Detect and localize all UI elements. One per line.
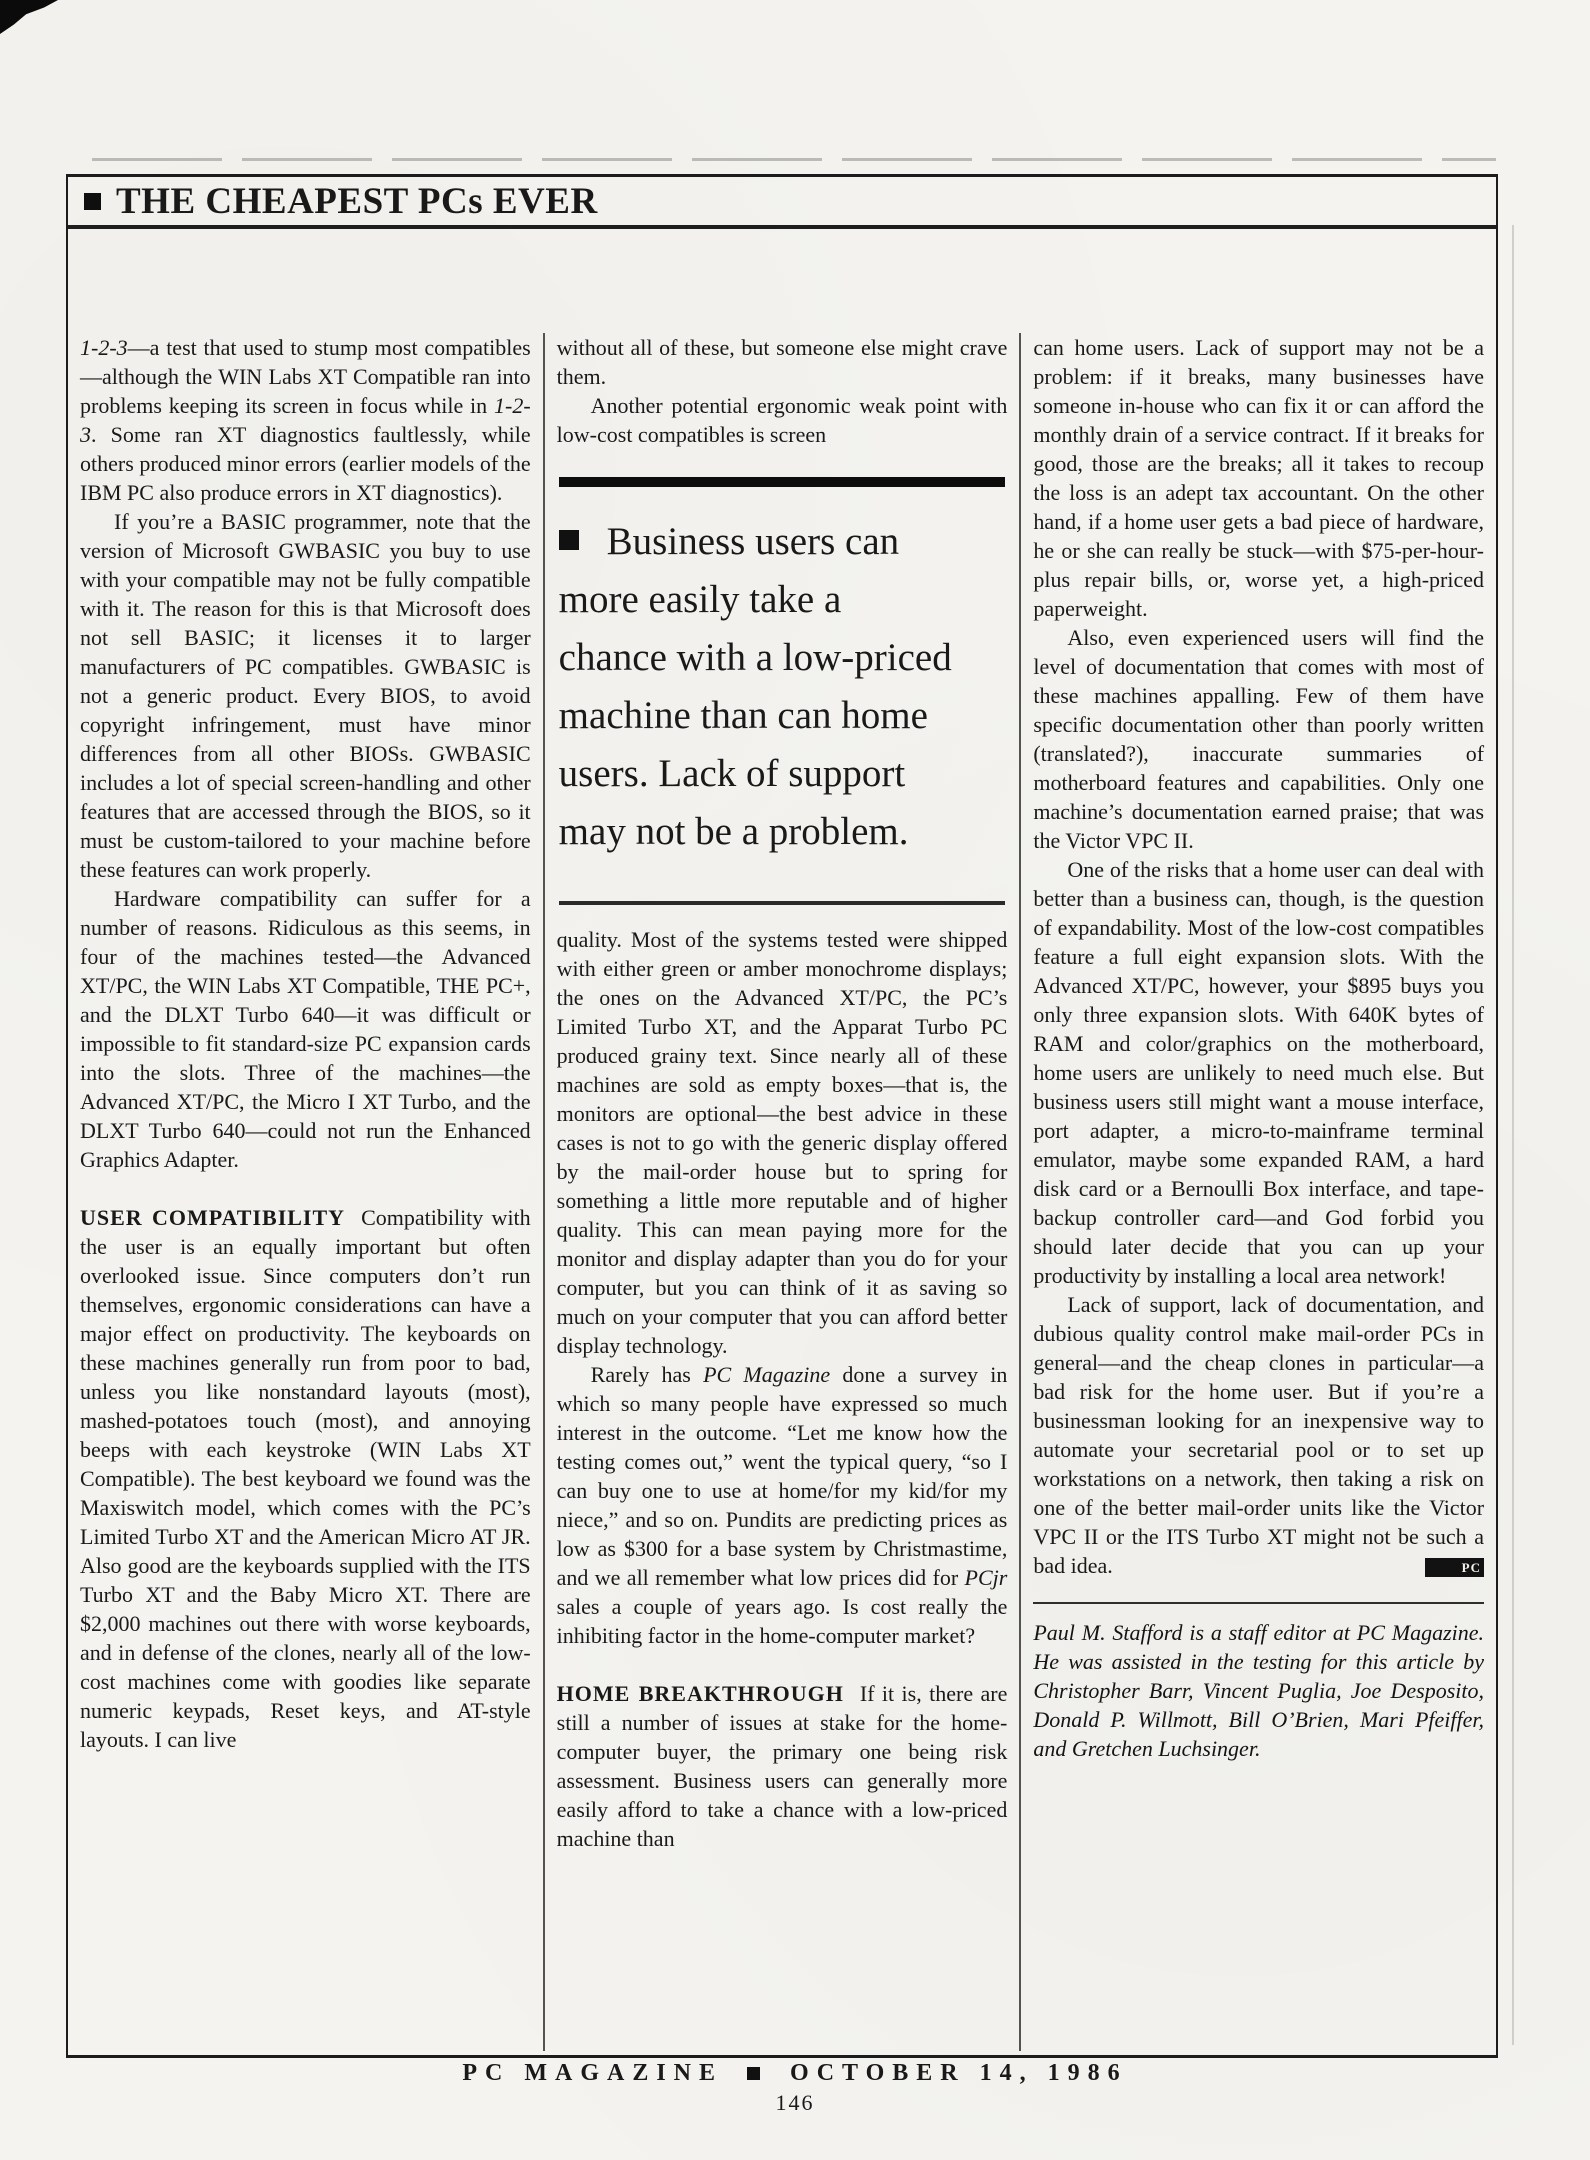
column-1: 1-2-3—a test that used to stump most com… <box>68 333 543 2051</box>
page-footer: PC MAGAZINE OCTOBER 14, 1986 146 <box>0 2060 1590 2116</box>
article-frame: THE CHEAPEST PCs EVER 1-2-3—a test that … <box>66 174 1498 2058</box>
article-paragraph: USER COMPATIBILITYCompatibility with the… <box>80 1203 531 1754</box>
article-paragraph: without all of these, but someone else m… <box>557 333 1008 391</box>
page-number: 146 <box>0 2090 1590 2116</box>
article-end-mark: PC <box>1425 1558 1484 1577</box>
column-2: without all of these, but someone else m… <box>543 333 1020 2051</box>
pull-quote-text: Business users can more easily take a ch… <box>559 513 1006 861</box>
square-bullet-icon <box>747 2067 760 2080</box>
pull-quote-bottom-rule <box>559 901 1006 905</box>
square-bullet-icon <box>84 193 101 210</box>
author-bio-text: Paul M. Stafford is a staff editor at PC… <box>1033 1618 1484 1763</box>
section-heading: HOME BREAKTHROUGH <box>557 1681 844 1706</box>
article-paragraph: If you’re a BASIC programmer, note that … <box>80 507 531 884</box>
pull-quote-top-rule <box>559 477 1006 487</box>
article-paragraph: HOME BREAKTHROUGHIf it is, there are sti… <box>557 1679 1008 1853</box>
scan-artifact-blob <box>0 0 58 34</box>
article-body: 1-2-3—a test that used to stump most com… <box>68 229 1496 2051</box>
footer-magazine-name: PC MAGAZINE <box>462 2060 723 2086</box>
article-header: THE CHEAPEST PCs EVER <box>68 177 1496 229</box>
magazine-page: THE CHEAPEST PCs EVER 1-2-3—a test that … <box>0 0 1590 2160</box>
footer-line: PC MAGAZINE OCTOBER 14, 1986 <box>0 2060 1590 2087</box>
article-paragraph: Rarely has PC Magazine done a survey in … <box>557 1360 1008 1650</box>
article-paragraph: Hardware compatibility can suffer for a … <box>80 884 531 1174</box>
section-heading: USER COMPATIBILITY <box>80 1205 345 1230</box>
article-paragraph: 1-2-3—a test that used to stump most com… <box>80 333 531 507</box>
article-paragraph: Lack of support, lack of documentation, … <box>1033 1290 1484 1580</box>
footer-date: OCTOBER 14, 1986 <box>790 2060 1128 2086</box>
article-paragraph: quality. Most of the systems tested were… <box>557 925 1008 1360</box>
square-bullet-icon <box>559 530 579 550</box>
scan-edge-line <box>1512 225 1514 2045</box>
pull-quote: Business users can more easily take a ch… <box>559 477 1006 905</box>
article-paragraph: Also, even experienced users will find t… <box>1033 623 1484 855</box>
scan-artifact-rule <box>92 158 1496 161</box>
author-bio: Paul M. Stafford is a staff editor at PC… <box>1033 1602 1484 1763</box>
column-3: can home users. Lack of support may not … <box>1019 333 1496 2051</box>
article-paragraph: One of the risks that a home user can de… <box>1033 855 1484 1290</box>
article-title: THE CHEAPEST PCs EVER <box>116 180 598 223</box>
article-paragraph: can home users. Lack of support may not … <box>1033 333 1484 623</box>
article-paragraph: Another potential ergonomic weak point w… <box>557 391 1008 449</box>
